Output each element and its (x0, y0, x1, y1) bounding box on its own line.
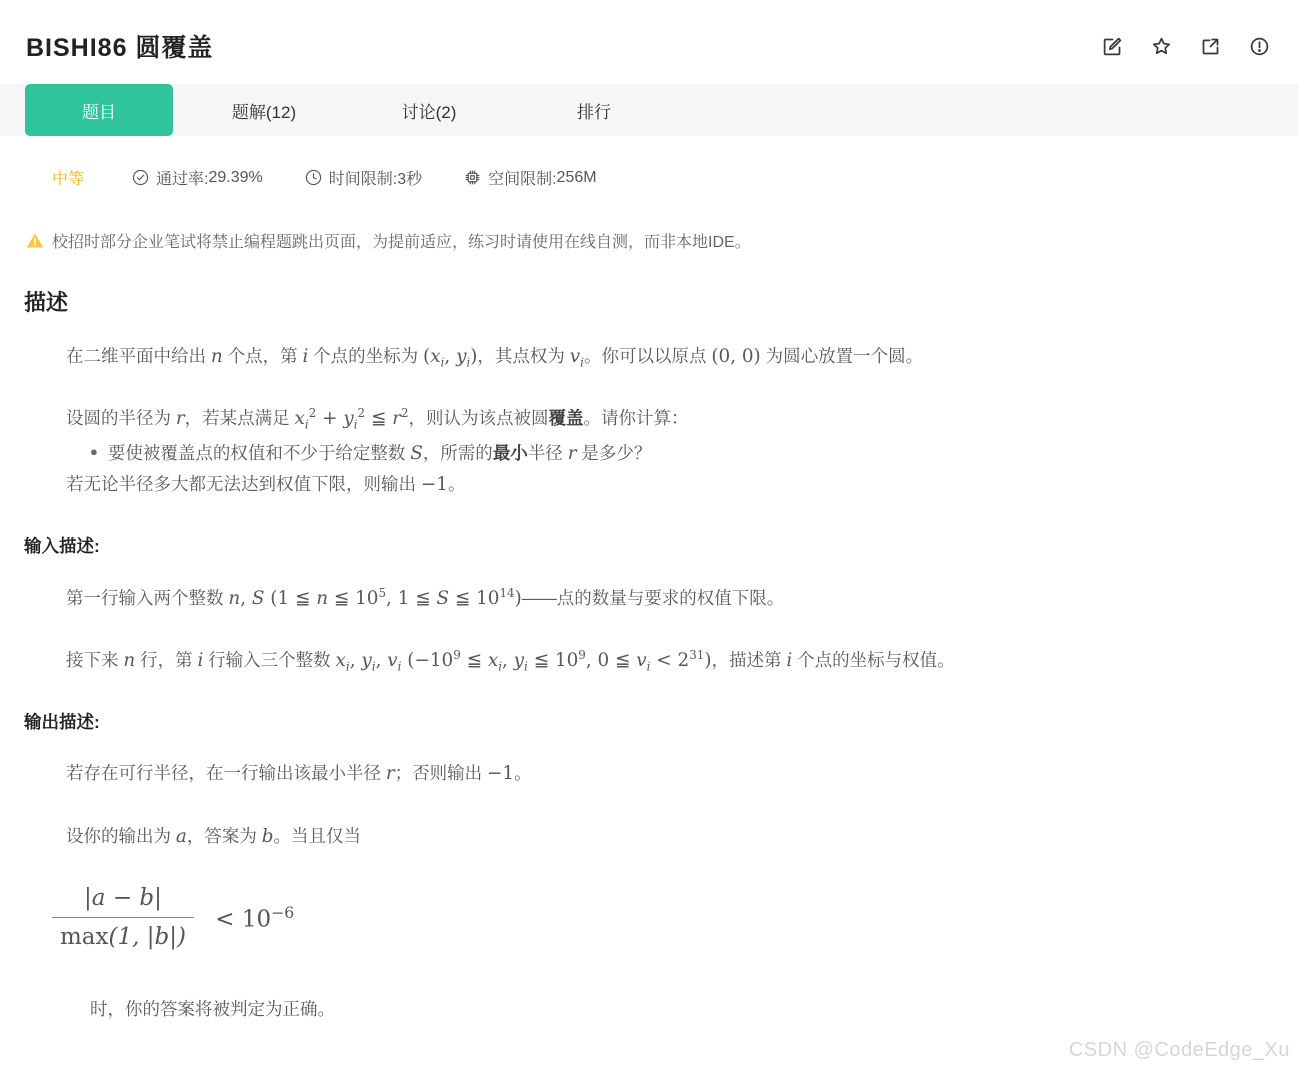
tab-bar: 题目 题解(12) 讨论(2) 排行 (0, 84, 1298, 136)
output-paragraph-1: 若存在可行半径，在一行输出该最小半径 r；否则输出 −1。 (66, 760, 1274, 788)
formula-exponent: −6 (271, 903, 294, 922)
share-icon[interactable] (1200, 36, 1221, 57)
output-paragraph-2: 设你的输出为 a，答案为 b。当且仅当 (66, 823, 1274, 851)
memory-limit-label: 空间限制: (488, 166, 556, 189)
star-icon[interactable] (1151, 36, 1172, 57)
output-heading: 输出描述: (24, 709, 1274, 734)
pass-rate-value: 29.39% (208, 169, 262, 187)
formula-denominator: max(1, |b|) (52, 917, 194, 950)
description-heading: 描述 (24, 286, 1274, 317)
check-circle-icon (132, 169, 149, 186)
memory-limit: 空间限制: 256M (464, 166, 596, 189)
formula-relation-text: < 10 (215, 907, 271, 933)
clock-icon (305, 169, 322, 186)
problem-meta: 中等 通过率: 29.39% 时间限制: 3秒 空间限制: 256M (52, 166, 1298, 189)
report-icon[interactable] (1249, 36, 1270, 57)
description-bullet-text: 要使被覆盖点的权值和不少于给定整数 S，所需的最小半径 r 是多少？ (108, 440, 651, 465)
memory-limit-value: 256M (557, 169, 597, 187)
precision-formula: |a − b| max(1, |b|) < 10−6 (52, 885, 1274, 950)
watermark: CSDN @CodeEdge_Xu (1069, 1039, 1290, 1062)
tab-problem[interactable]: 题目 (25, 84, 173, 136)
description-paragraph-1: 在二维平面中给出 n 个点，第 i 个点的坐标为 (xi, yi)，其点权为 v… (66, 343, 1274, 372)
page-title: BISHI86 圆覆盖 (26, 28, 213, 64)
formula-numerator: |a − b| (52, 885, 194, 917)
page-header: BISHI86 圆覆盖 (0, 0, 1298, 84)
time-limit-label: 时间限制: (329, 166, 397, 189)
input-paragraph-1: 第一行输入两个整数 n, S (1 ≦ n ≦ 105, 1 ≦ S ≦ 101… (66, 584, 1274, 613)
formula-den-func: max (60, 924, 109, 950)
pass-rate-label: 通过率: (156, 166, 208, 189)
warning-text: 校招时部分企业笔试将禁止编程题跳出页面，为提前适应，练习时请使用在线自测，而非本… (52, 229, 751, 252)
input-paragraph-2: 接下来 n 行，第 i 行输入三个整数 xi, yi, vi (−109 ≦ x… (66, 646, 1274, 676)
edit-icon[interactable] (1102, 36, 1123, 57)
warning-triangle-icon (26, 232, 44, 249)
tab-ranking[interactable]: 排行 (520, 84, 668, 136)
formula-den-args: (1, |b|) (109, 924, 186, 950)
description-paragraph-2: 设圆的半径为 r，若某点满足 xi2 + yi2 ≦ r2，则认为该点被圆覆盖。… (66, 404, 1274, 434)
tab-solutions[interactable]: 题解(12) (190, 84, 338, 136)
input-heading: 输入描述: (24, 533, 1274, 558)
closing-text: 时，你的答案将被判定为正确。 (90, 996, 1274, 1021)
formula-relation: < 10−6 (215, 903, 294, 933)
pass-rate: 通过率: 29.39% (132, 166, 263, 189)
ide-warning: 校招时部分企业笔试将禁止编程题跳出页面，为提前适应，练习时请使用在线自测，而非本… (26, 229, 1298, 252)
chip-icon (464, 169, 481, 186)
description-bullet: ● 要使被覆盖点的权值和不少于给定整数 S，所需的最小半径 r 是多少？ (90, 440, 1274, 465)
tab-discussion[interactable]: 讨论(2) (355, 84, 503, 136)
description-paragraph-3: 若无论半径多大都无法达到权值下限，则输出 −1。 (66, 471, 1274, 499)
header-actions (1102, 36, 1274, 57)
time-limit-value: 3秒 (397, 166, 422, 189)
time-limit: 时间限制: 3秒 (305, 166, 422, 189)
formula-fraction: |a − b| max(1, |b|) (52, 885, 194, 950)
bullet-dot-icon: ● (90, 440, 98, 465)
difficulty-badge: 中等 (52, 166, 84, 189)
problem-content: 描述 在二维平面中给出 n 个点，第 i 个点的坐标为 (xi, yi)，其点权… (0, 286, 1298, 1021)
